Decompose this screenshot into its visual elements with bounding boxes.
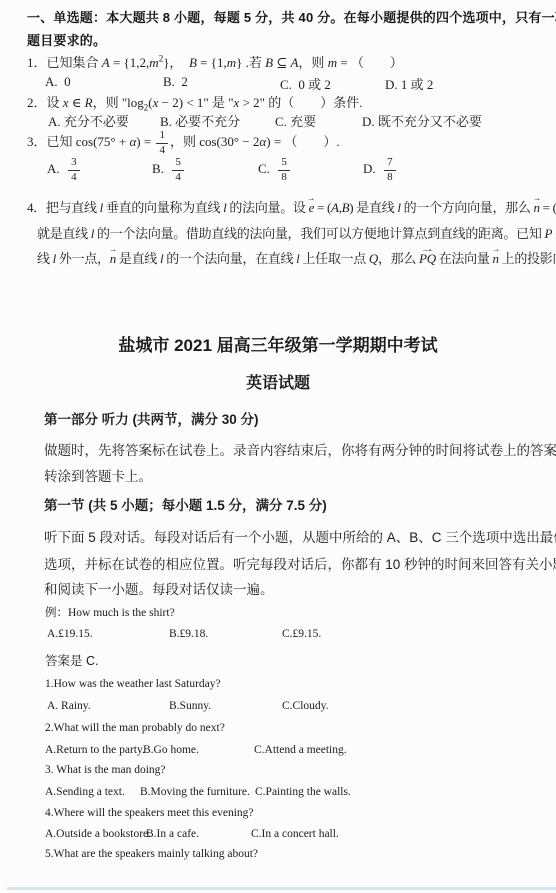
math-q3-options: A. 34 B. 54 C. 58 D. 78 bbox=[27, 156, 547, 185]
example-options: A.£19.15. B.£9.18. C.£9.15. bbox=[27, 628, 556, 640]
english-q3-option-a: A.Sending a text. bbox=[45, 786, 140, 798]
example-option-b: B.£9.18. bbox=[169, 628, 282, 640]
english-q2-options: A.Return to the party. B.Go home. C.Atte… bbox=[27, 744, 555, 756]
english-q3-option-c: C.Painting the walls. bbox=[255, 786, 555, 798]
english-q4-stem: 4.Where will the speakers meet this even… bbox=[45, 807, 254, 819]
math-q2-stem: 2．设 x ∈ R，则 "log2(x − 2) < 1" 是 "x > 2" … bbox=[27, 92, 362, 111]
english-q5-stem: 5.What are the speakers mainly talking a… bbox=[45, 848, 258, 860]
english-q3-option-b: B.Moving the furniture. bbox=[140, 786, 255, 798]
english-q2-option-a: A.Return to the party. bbox=[45, 744, 143, 756]
english-q4-option-a: A.Outside a bookstore. bbox=[45, 828, 146, 840]
english-q1-options: A. Rainy. B.Sunny. C.Cloudy. bbox=[27, 700, 556, 712]
math-q1-stem: 1．已知集合 A = {1,2,m2}， B = {1,m} .若 B ⊆ A，… bbox=[27, 52, 403, 71]
example-option-a: A.£19.15. bbox=[47, 628, 169, 640]
example-question: 例：How much is the shirt? bbox=[45, 604, 175, 620]
math-q2-option-d: D. 既不充分又不必要 bbox=[362, 111, 548, 130]
math-section-heading-line2: 题目要求的。 bbox=[27, 30, 106, 49]
english-q1-option-c: C.Cloudy. bbox=[282, 700, 556, 712]
listening-note-line2: 转涂到答题卡上。 bbox=[44, 465, 152, 485]
english-q2-option-b: B.Go home. bbox=[143, 744, 254, 756]
section1-instructions-line3: 和阅读下一小题。每段对话仅读一遍。 bbox=[44, 578, 274, 598]
english-q3-stem: 3. What is the man doing? bbox=[45, 764, 166, 776]
english-q4-option-b: B.In a cafe. bbox=[146, 828, 251, 840]
math-q1-option-b: B. 2 bbox=[163, 74, 280, 93]
english-q4-options: A.Outside a bookstore. B.In a cafe. C.In… bbox=[27, 828, 555, 840]
english-q4-option-c: C.In a concert hall. bbox=[251, 828, 555, 840]
english-exam-title: 盐城市 2021 届高三年级第一学期期中考试 bbox=[0, 331, 556, 356]
math-q2-option-a: A. 充分不必要 bbox=[48, 111, 160, 130]
section1-instructions-line2: 选项，并标在试卷的相应位置。听完每段对话后，你都有 10 秒钟的时间来回答有关小… bbox=[44, 553, 556, 573]
math-q3-option-b: B. 54 bbox=[152, 156, 258, 185]
exam-document-page: 一、单选题：本大题共 8 小题，每题 5 分，共 40 分。在每小题提供的四个选… bbox=[0, 0, 556, 893]
math-q2-options: A. 充分不必要 B. 必要不充分 C. 充要 D. 既不充分又不必要 bbox=[27, 111, 548, 130]
math-q4-line1: 4．把与直线 l 垂直的向量称为直线 l 的法向量。设 e = (A,B) 是直… bbox=[27, 197, 556, 216]
english-q3-options: A.Sending a text. B.Moving the furniture… bbox=[27, 786, 555, 798]
math-q3-stem: 3．已知 cos(75° + α) = 14，则 cos(30° − 2α) =… bbox=[27, 129, 340, 158]
math-q1-option-c: C. 0 或 2 bbox=[280, 74, 385, 93]
math-q4-line3: 线 l 外一点，n 是直线 l 的一个法向量，在直线 l 上任取一点 Q，那么 … bbox=[37, 248, 556, 267]
listening-note-line1: 做题时，先将答案标在试卷上。录音内容结束后，你将有两分钟的时间将试卷上的答案 bbox=[44, 439, 556, 459]
math-q4-line2: 就是直线 l 的一个法向量。借助直线的法向量，我们可以方便地计算点到直线的距离。… bbox=[37, 223, 556, 242]
english-q1-option-a: A. Rainy. bbox=[47, 700, 169, 712]
math-q3-option-c: C. 58 bbox=[258, 156, 363, 185]
math-q3-option-d: D. 78 bbox=[363, 156, 547, 185]
math-section-heading-line1: 一、单选题：本大题共 8 小题，每题 5 分，共 40 分。在每小题提供的四个选… bbox=[27, 7, 556, 26]
section1-instructions-line1: 听下面 5 段对话。每段对话后有一个小题，从题中所给的 A、B、C 三个选项中选… bbox=[44, 526, 556, 546]
english-q2-stem: 2.What will the man probably do next? bbox=[45, 722, 225, 734]
example-option-c: C.£9.15. bbox=[282, 628, 556, 640]
math-q2-option-b: B. 必要不充分 bbox=[160, 111, 275, 130]
bottom-ui-strip bbox=[7, 887, 556, 890]
example-answer: 答案是 C. bbox=[45, 651, 98, 669]
math-q2-option-c: C. 充要 bbox=[275, 111, 362, 130]
math-q3-option-a: A. 34 bbox=[47, 156, 152, 185]
math-q1-option-a: A. 0 bbox=[45, 74, 163, 93]
english-q1-option-b: B.Sunny. bbox=[169, 700, 282, 712]
listening-part-heading: 第一部分 听力 (共两节，满分 30 分) bbox=[44, 408, 259, 428]
section1-heading: 第一节 (共 5 小题；每小题 1.5 分，满分 7.5 分) bbox=[44, 494, 327, 514]
english-q1-stem: 1.How was the weather last Saturday? bbox=[45, 678, 221, 690]
english-q2-option-c: C.Attend a meeting. bbox=[254, 744, 555, 756]
english-exam-subtitle: 英语试题 bbox=[0, 370, 556, 393]
math-q1-option-d: D. 1 或 2 bbox=[385, 74, 545, 93]
math-q1-options: A. 0 B. 2 C. 0 或 2 D. 1 或 2 bbox=[27, 74, 545, 93]
